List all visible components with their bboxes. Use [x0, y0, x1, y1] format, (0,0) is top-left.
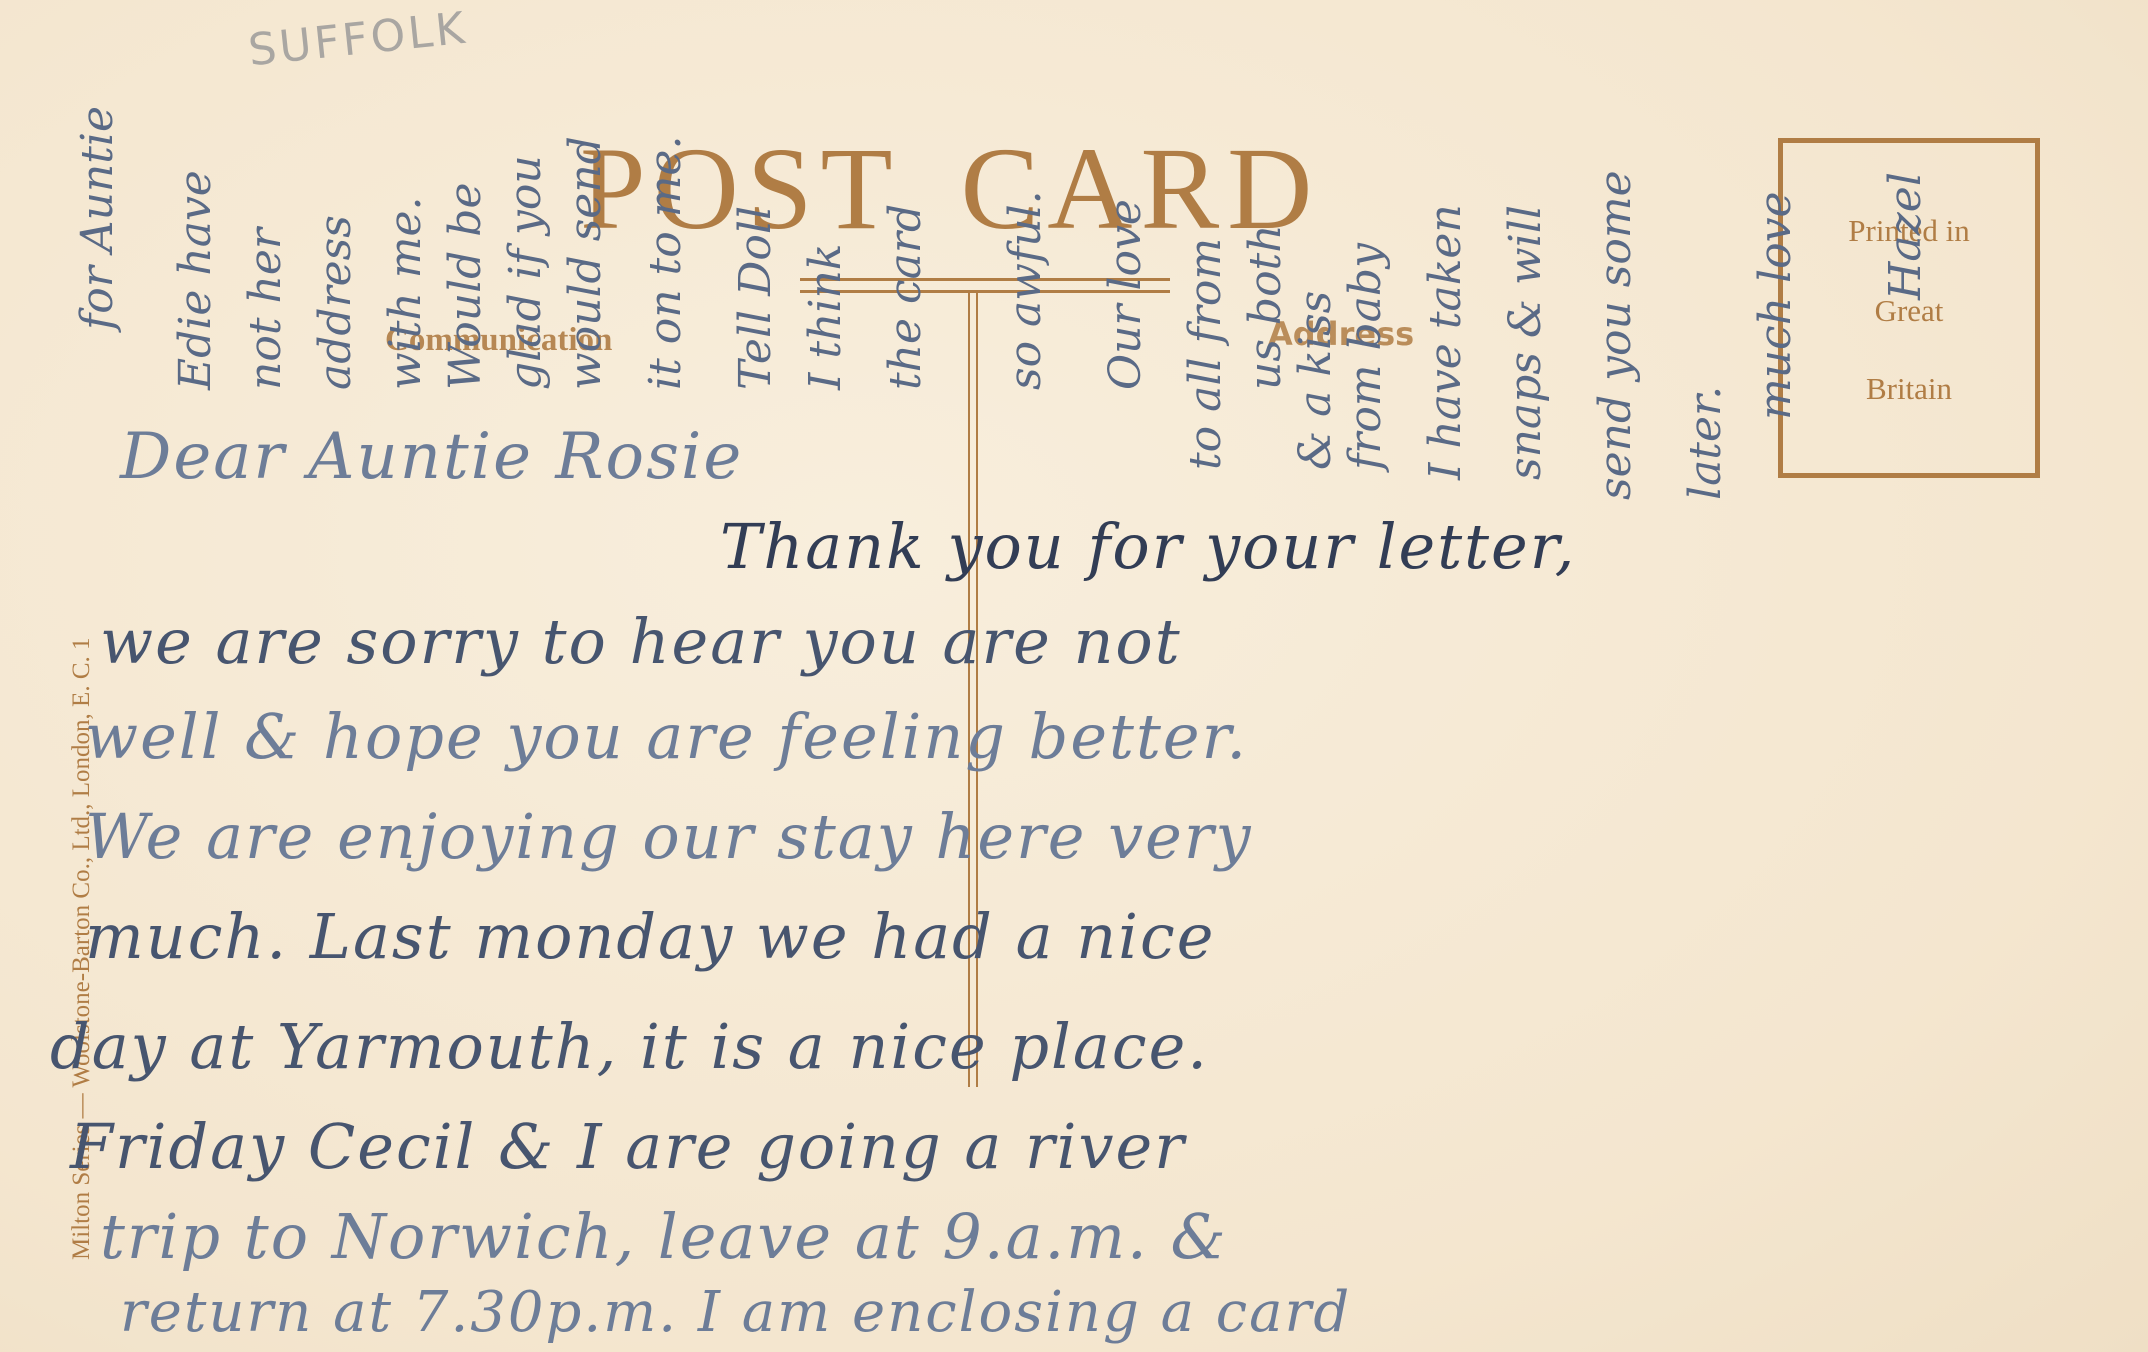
letter-line: return at 7.30p.m. I am enclosing a card	[120, 1280, 1351, 1345]
postcard-title: POSTCARD	[580, 130, 1320, 248]
margin-column: to all from	[1180, 238, 1231, 470]
margin-column: Our love	[1100, 199, 1151, 390]
margin-column: I think	[800, 244, 851, 390]
margin-column: for Auntie	[72, 106, 123, 330]
salutation: Dear Auntie Rosie	[120, 420, 743, 494]
letter-line: Thank you for your letter,	[720, 510, 1576, 583]
letter-line: day at Yarmouth, it is a nice place.	[50, 1010, 1209, 1083]
margin-column: the card	[880, 204, 931, 390]
letter-line: We are enjoying our stay here very	[85, 800, 1253, 873]
margin-column: would send	[560, 136, 611, 390]
margin-column: with me.	[380, 197, 431, 391]
margin-column: much love	[1750, 192, 1801, 421]
margin-column: send you some	[1590, 170, 1641, 500]
letter-line: much. Last monday we had a nice	[85, 900, 1215, 973]
margin-column: not her	[240, 228, 291, 390]
margin-column: Edie have	[170, 170, 221, 390]
margin-column: & a kiss	[1290, 291, 1341, 470]
letter-line: we are sorry to hear you are not	[100, 605, 1182, 678]
margin-column: address	[310, 215, 361, 390]
margin-column: Hazel	[1880, 172, 1931, 300]
pencil-note: SUFFOLK	[246, 3, 470, 77]
postcard-back: POSTCARD Communication Address Printed i…	[0, 0, 2148, 1352]
letter-line: well & hope you are feeling better.	[85, 700, 1248, 773]
margin-column: I have taken	[1420, 204, 1471, 480]
letter-line: Friday Cecil & I are going a river	[70, 1110, 1186, 1183]
margin-column: Would be	[440, 183, 491, 391]
stamp-text-line3: Britain	[1783, 371, 2035, 407]
margin-column: it on to me.	[640, 136, 691, 390]
margin-column: so awful.	[1000, 190, 1051, 390]
margin-column: later.	[1680, 386, 1731, 500]
letter-line: trip to Norwich, leave at 9.a.m. &	[100, 1200, 1228, 1273]
margin-column: snaps & will	[1500, 205, 1551, 480]
margin-column: from baby	[1340, 243, 1391, 470]
margin-column: glad if you	[500, 155, 551, 390]
margin-column: Tell Doll	[730, 206, 781, 390]
margin-column: us both	[1240, 224, 1291, 390]
